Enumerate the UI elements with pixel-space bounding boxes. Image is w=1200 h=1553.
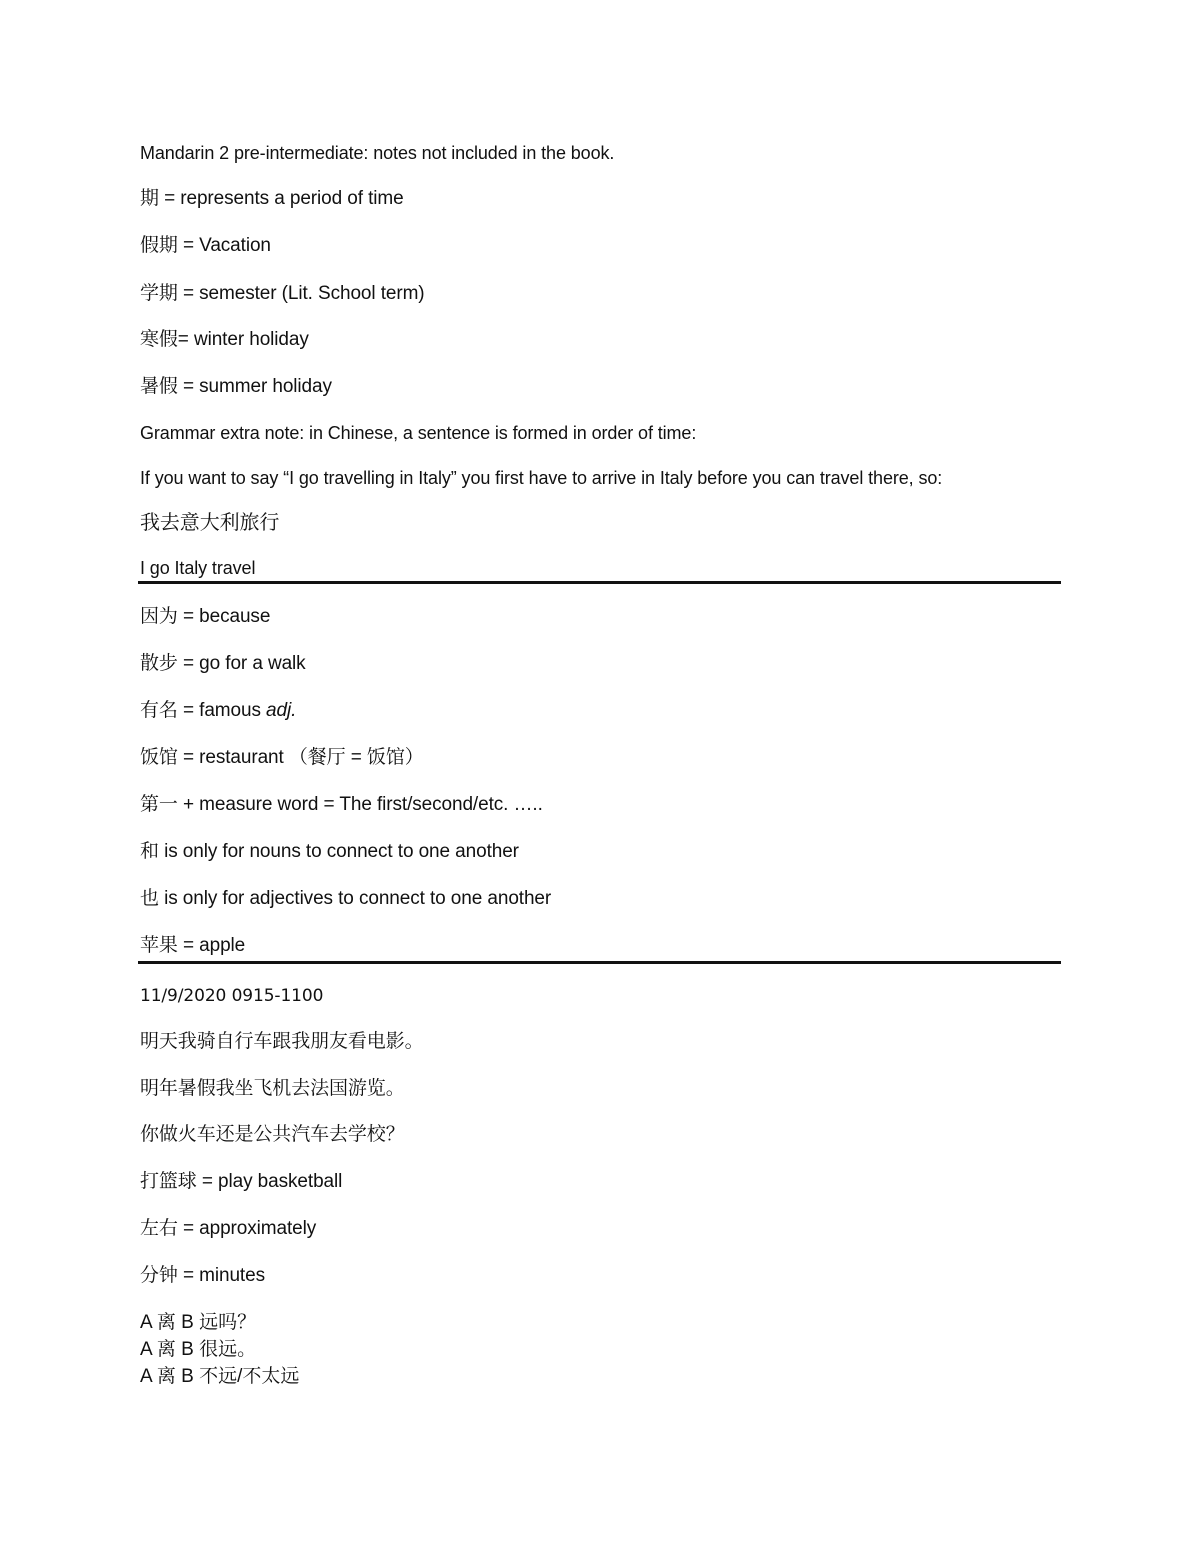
pattern-line: A 离 B 很远。 xyxy=(140,1336,299,1363)
distance-patterns: A 离 B 远吗？ A 离 B 很远。 A 离 B 不远/不太远 xyxy=(140,1309,299,1390)
document-page: Mandarin 2 pre-intermediate: notes not i… xyxy=(0,0,1200,1553)
vocab-line: 寒假= winter holiday xyxy=(140,329,309,351)
vocab-line: 散步 = go for a walk xyxy=(140,653,306,675)
session-date: 11/9/2020 0915-1100 xyxy=(140,985,323,1007)
vocab-line: 打篮球 = play basketball xyxy=(140,1171,342,1193)
pattern-line: A 离 B 远吗？ xyxy=(140,1309,299,1336)
part-of-speech: adj. xyxy=(266,700,296,721)
example-chinese: 我去意大利旅行 xyxy=(140,512,279,534)
vocab-line: 左右 = approximately xyxy=(140,1218,316,1240)
grammar-note: Grammar extra note: in Chinese, a senten… xyxy=(140,422,696,444)
grammar-line: 和 is only for nouns to connect to one an… xyxy=(140,841,519,863)
grammar-line: 也 is only for adjectives to connect to o… xyxy=(140,888,551,910)
vocab-line: 因为 = because xyxy=(140,606,270,628)
vocab-line: 学期 = semester (Lit. School term) xyxy=(140,283,425,305)
horizontal-rule xyxy=(138,961,1061,964)
vocab-line: 暑假 = summer holiday xyxy=(140,376,332,398)
vocab-line: 有名 = famous adj. xyxy=(140,700,296,722)
vocab-line: 第一 + measure word = The first/second/etc… xyxy=(140,794,543,816)
vocab-line: 假期 = Vacation xyxy=(140,235,271,257)
document-title: Mandarin 2 pre-intermediate: notes not i… xyxy=(140,142,614,164)
pattern-line: A 离 B 不远/不太远 xyxy=(140,1363,299,1390)
vocab-line: 分钟 = minutes xyxy=(140,1265,265,1287)
vocab-line: 饭馆 = restaurant （餐厅 = 饭馆） xyxy=(140,747,424,769)
sentence-line: 明天我骑自行车跟我朋友看电影。 xyxy=(140,1031,424,1053)
sentence-line: 明年暑假我坐飞机去法国游览。 xyxy=(140,1078,405,1100)
vocab-line: 期 = represents a period of time xyxy=(140,188,404,210)
vocab-text: 有名 = famous xyxy=(140,700,266,721)
vocab-line: 苹果 = apple xyxy=(140,935,245,957)
sentence-line: 你做火车还是公共汽车去学校？ xyxy=(140,1124,405,1146)
horizontal-rule xyxy=(138,581,1061,584)
example-gloss: I go Italy travel xyxy=(140,557,255,579)
example-intro: If you want to say “I go travelling in I… xyxy=(140,467,942,489)
